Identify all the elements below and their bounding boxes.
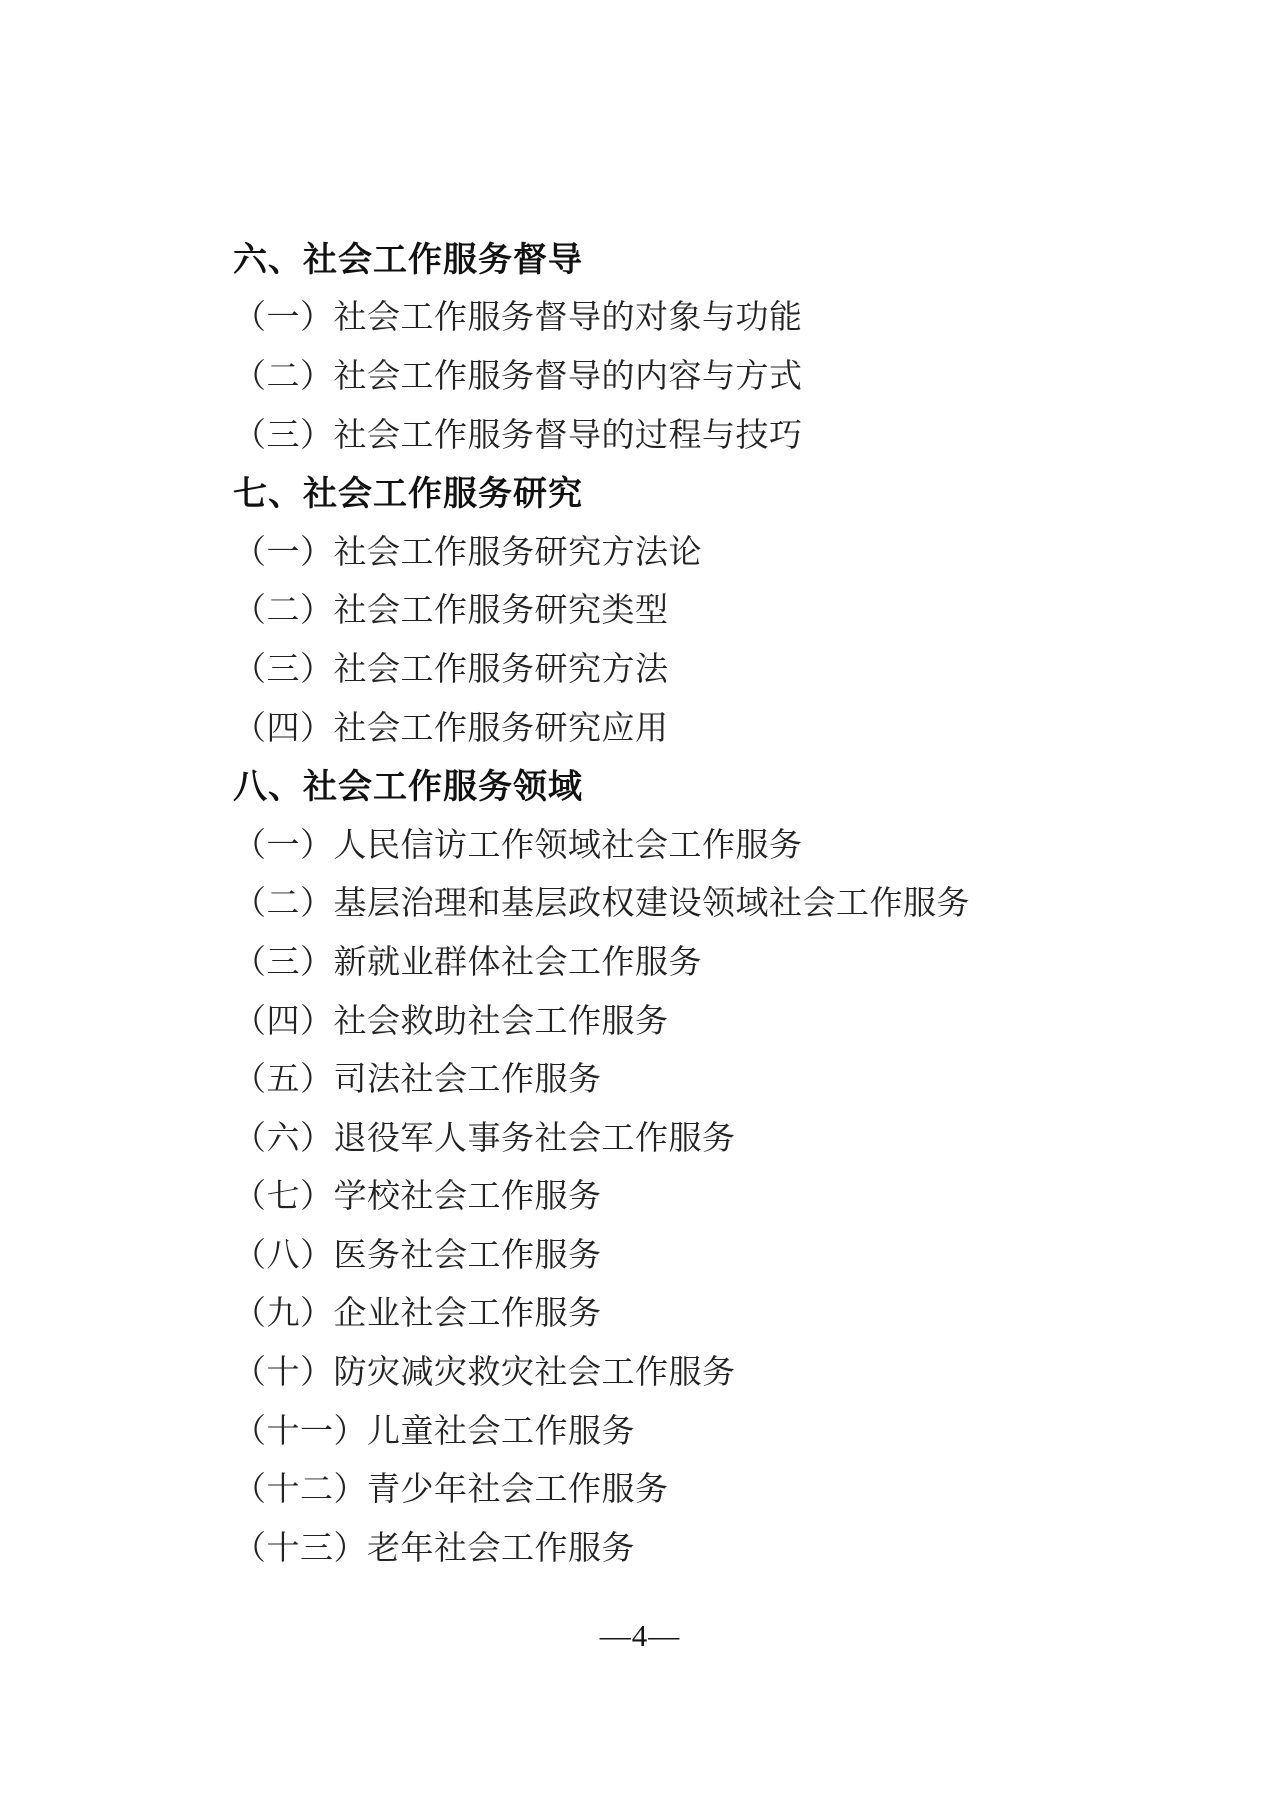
- section-heading-6: 六、社会工作服务督导: [233, 227, 1113, 286]
- toc-item: （十三）老年社会工作服务: [233, 1516, 1113, 1575]
- toc-item: （七）学校社会工作服务: [233, 1165, 1113, 1224]
- table-of-contents: 六、社会工作服务督导 （一）社会工作服务督导的对象与功能 （二）社会工作服务督导…: [233, 227, 1113, 1575]
- toc-item: （二）社会工作服务督导的内容与方式: [233, 344, 1113, 403]
- toc-item: （十）防灾减灾救灾社会工作服务: [233, 1340, 1113, 1399]
- toc-item: （五）司法社会工作服务: [233, 1047, 1113, 1106]
- page-number: —4—: [0, 1618, 1280, 1654]
- toc-item: （十一）儿童社会工作服务: [233, 1399, 1113, 1458]
- toc-item: （一）人民信访工作领域社会工作服务: [233, 813, 1113, 872]
- toc-item: （一）社会工作服务督导的对象与功能: [233, 286, 1113, 345]
- toc-item: （二）社会工作服务研究类型: [233, 579, 1113, 638]
- toc-item: （一）社会工作服务研究方法论: [233, 520, 1113, 579]
- toc-item: （九）企业社会工作服务: [233, 1282, 1113, 1341]
- toc-item: （八）医务社会工作服务: [233, 1223, 1113, 1282]
- section-heading-8: 八、社会工作服务领域: [233, 754, 1113, 813]
- toc-item: （四）社会救助社会工作服务: [233, 989, 1113, 1048]
- toc-item: （三）社会工作服务研究方法: [233, 637, 1113, 696]
- section-heading-7: 七、社会工作服务研究: [233, 461, 1113, 520]
- toc-item: （二）基层治理和基层政权建设领域社会工作服务: [233, 872, 1113, 931]
- document-page: 六、社会工作服务督导 （一）社会工作服务督导的对象与功能 （二）社会工作服务督导…: [0, 0, 1280, 1810]
- toc-item: （六）退役军人事务社会工作服务: [233, 1106, 1113, 1165]
- toc-item: （三）新就业群体社会工作服务: [233, 930, 1113, 989]
- toc-item: （四）社会工作服务研究应用: [233, 696, 1113, 755]
- toc-item: （三）社会工作服务督导的过程与技巧: [233, 403, 1113, 462]
- toc-item: （十二）青少年社会工作服务: [233, 1457, 1113, 1516]
